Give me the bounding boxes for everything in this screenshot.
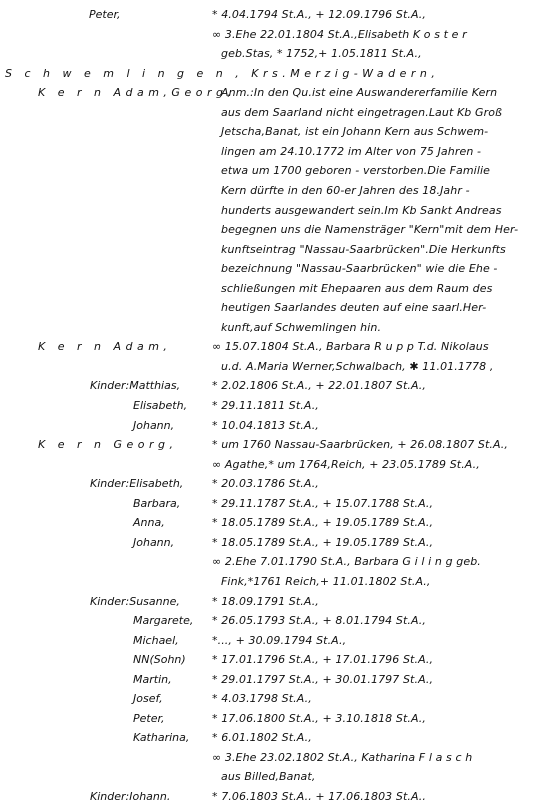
document-line: Johann, * 10.04.1813 St.A., [0,416,540,435]
entry-text: * 10.04.1813 St.A., [212,416,319,435]
entry-label: K e r n Adam,Georg, [38,83,235,102]
document-line: u.d. A.Maria Werner,Schwalbach, ✱ 11.01.… [0,357,540,376]
entry-label: Kinder:Johann, [90,787,170,800]
entry-label: Peter, [89,5,121,24]
document-line: begegnen uns die Namensträger "Kern"mit … [0,220,540,239]
document-line: ∞ 3.Ehe 23.02.1802 St.A., Katharina F l … [0,748,540,767]
entry-label: Margarete, [133,611,193,630]
entry-text: Kern dürfte in den 60-er Jahren des 18.J… [221,181,470,200]
entry-text: Jetscha,Banat, ist ein Johann Kern aus S… [221,122,488,141]
document-line: Kinder:Matthias, * 2.02.1806 St.A., + 22… [0,376,540,395]
entry-text: * 4.03.1798 St.A., [212,689,312,708]
entry-label: NN(Sohn) [133,650,186,669]
entry-label: Michael, [133,631,179,650]
document-line: schließungen mit Ehepaaren aus dem Raum … [0,279,540,298]
document-line: Kinder:Elisabeth, * 20.03.1786 St.A., [0,474,540,493]
document-line: Margarete, * 26.05.1793 St.A., + 8.01.17… [0,611,540,630]
entry-text: * 18.09.1791 St.A., [212,592,319,611]
entry-text: schließungen mit Ehepaaren aus dem Raum … [221,279,492,298]
document-line: Michael, *..., + 30.09.1794 St.A., [0,631,540,650]
entry-text: begegnen uns die Namensträger "Kern"mit … [221,220,518,239]
document-line: Josef, * 4.03.1798 St.A., [0,689,540,708]
document-line: lingen am 24.10.1772 im Alter von 75 Jah… [0,142,540,161]
entry-text: * 20.03.1786 St.A., [212,474,319,493]
entry-text: * 17.01.1796 St.A., + 17.01.1796 St.A., [212,650,433,669]
entry-label: S c h w e m l i n g e n , Krs.Merzig-Wad… [5,64,439,83]
document-line: aus Billed,Banat, [0,767,540,786]
document-line: Martin, * 29.01.1797 St.A., + 30.01.1797… [0,670,540,689]
entry-text: * 17.06.1800 St.A., + 3.10.1818 St.A., [212,709,426,728]
entry-label: K e r n Adam, [38,337,171,356]
document-line: ∞ Agathe,* um 1764,Reich, + 23.05.1789 S… [0,455,540,474]
entry-text: u.d. A.Maria Werner,Schwalbach, ✱ 11.01.… [221,357,493,376]
entry-text: * um 1760 Nassau-Saarbrücken, + 26.08.18… [212,435,508,454]
document-line: geb.Stas, * 1752,+ 1.05.1811 St.A., [0,44,540,63]
document-line: Elisabeth, * 29.11.1811 St.A., [0,396,540,415]
entry-text: kunftseintrag "Nassau-Saarbrücken".Die H… [221,240,506,259]
document-line: Peter, * 4.04.1794 St.A., + 12.09.1796 S… [0,5,540,24]
entry-label: Josef, [133,689,163,708]
document-line: S c h w e m l i n g e n , Krs.Merzig-Wad… [0,64,540,83]
entry-text: lingen am 24.10.1772 im Alter von 75 Jah… [221,142,481,161]
entry-text: * 18.05.1789 St.A., + 19.05.1789 St.A., [212,533,433,552]
entry-label: Kinder:Susanne, [90,592,180,611]
document-page: Peter, * 4.04.1794 St.A., + 12.09.1796 S… [0,0,540,800]
document-line: heutigen Saarlandes deuten auf eine saar… [0,298,540,317]
entry-text: * 29.11.1787 St.A., + 15.07.1788 St.A., [212,494,433,513]
entry-text: * 26.05.1793 St.A., + 8.01.1794 St.A., [212,611,426,630]
entry-text: kunft,auf Schwemlingen hin. [221,318,381,337]
entry-label: Peter, [133,709,165,728]
entry-label: Elisabeth, [133,396,187,415]
entry-label: Katharina, [133,728,189,747]
entry-text: ∞ 3.Ehe 22.01.1804 St.A.,Elisabeth K o s… [212,25,467,44]
document-line: K e r n Adam, ∞ 15.07.1804 St.A., Barbar… [0,337,540,356]
document-line: etwa um 1700 geboren - verstorben.Die Fa… [0,161,540,180]
entry-text: ∞ Agathe,* um 1764,Reich, + 23.05.1789 S… [212,455,480,474]
entry-label: K e r n Georg, [38,435,177,454]
document-line: bezeichnung "Nassau-Saarbrücken" wie die… [0,259,540,278]
entry-text: * 18.05.1789 St.A., + 19.05.1789 St.A., [212,513,433,532]
document-line: Kinder:Johann, * 7.06.1803 St.A., + 17.0… [0,787,540,800]
entry-label: Anna, [133,513,165,532]
entry-text: * 2.02.1806 St.A., + 22.01.1807 St.A., [212,376,426,395]
entry-text: aus dem Saarland nicht eingetragen.Laut … [221,103,502,122]
document-line: kunftseintrag "Nassau-Saarbrücken".Die H… [0,240,540,259]
document-line: ∞ 2.Ehe 7.01.1790 St.A., Barbara G i l i… [0,552,540,571]
entry-text: etwa um 1700 geboren - verstorben.Die Fa… [221,161,490,180]
document-line: Johann, * 18.05.1789 St.A., + 19.05.1789… [0,533,540,552]
document-line: Katharina, * 6.01.1802 St.A., [0,728,540,747]
entry-text: Anm.:In den Qu.ist eine Auswandererfamil… [221,83,497,102]
entry-text: * 29.01.1797 St.A., + 30.01.1797 St.A., [212,670,433,689]
entry-text: * 6.01.1802 St.A., [212,728,312,747]
entry-text: ∞ 15.07.1804 St.A., Barbara R u p p T.d.… [212,337,489,356]
document-line: kunft,auf Schwemlingen hin. [0,318,540,337]
document-line: Anna, * 18.05.1789 St.A., + 19.05.1789 S… [0,513,540,532]
document-line: NN(Sohn) * 17.01.1796 St.A., + 17.01.179… [0,650,540,669]
document-line: Barbara, * 29.11.1787 St.A., + 15.07.178… [0,494,540,513]
entry-text: *..., + 30.09.1794 St.A., [212,631,346,650]
entry-text: ∞ 3.Ehe 23.02.1802 St.A., Katharina F l … [212,748,472,767]
entry-label: Johann, [133,533,174,552]
entry-text: bezeichnung "Nassau-Saarbrücken" wie die… [221,259,497,278]
document-line: Fink,*1761 Reich,+ 11.01.1802 St.A., [0,572,540,591]
entry-text: geb.Stas, * 1752,+ 1.05.1811 St.A., [221,44,422,63]
entry-label: Kinder:Matthias, [90,376,180,395]
entry-label: Martin, [133,670,172,689]
entry-text: * 7.06.1803 St.A., + 17.06.1803 St.A., [212,787,426,800]
document-line: Jetscha,Banat, ist ein Johann Kern aus S… [0,122,540,141]
document-line: Kern dürfte in den 60-er Jahren des 18.J… [0,181,540,200]
entry-label: Johann, [133,416,174,435]
document-line: hunderts ausgewandert sein.Im Kb Sankt A… [0,201,540,220]
entry-text: ∞ 2.Ehe 7.01.1790 St.A., Barbara G i l i… [212,552,481,571]
entry-label: Kinder:Elisabeth, [90,474,183,493]
document-line: K e r n Adam,Georg, Anm.:In den Qu.ist e… [0,83,540,102]
entry-text: hunderts ausgewandert sein.Im Kb Sankt A… [221,201,502,220]
document-line: Peter, * 17.06.1800 St.A., + 3.10.1818 S… [0,709,540,728]
entry-text: Fink,*1761 Reich,+ 11.01.1802 St.A., [221,572,431,591]
document-line: ∞ 3.Ehe 22.01.1804 St.A.,Elisabeth K o s… [0,25,540,44]
document-line: aus dem Saarland nicht eingetragen.Laut … [0,103,540,122]
entry-text: * 4.04.1794 St.A., + 12.09.1796 St.A., [212,5,426,24]
entry-text: heutigen Saarlandes deuten auf eine saar… [221,298,486,317]
entry-text: aus Billed,Banat, [221,767,315,786]
document-line: Kinder:Susanne, * 18.09.1791 St.A., [0,592,540,611]
entry-label: Barbara, [133,494,180,513]
document-line: K e r n Georg, * um 1760 Nassau-Saarbrüc… [0,435,540,454]
entry-text: * 29.11.1811 St.A., [212,396,319,415]
